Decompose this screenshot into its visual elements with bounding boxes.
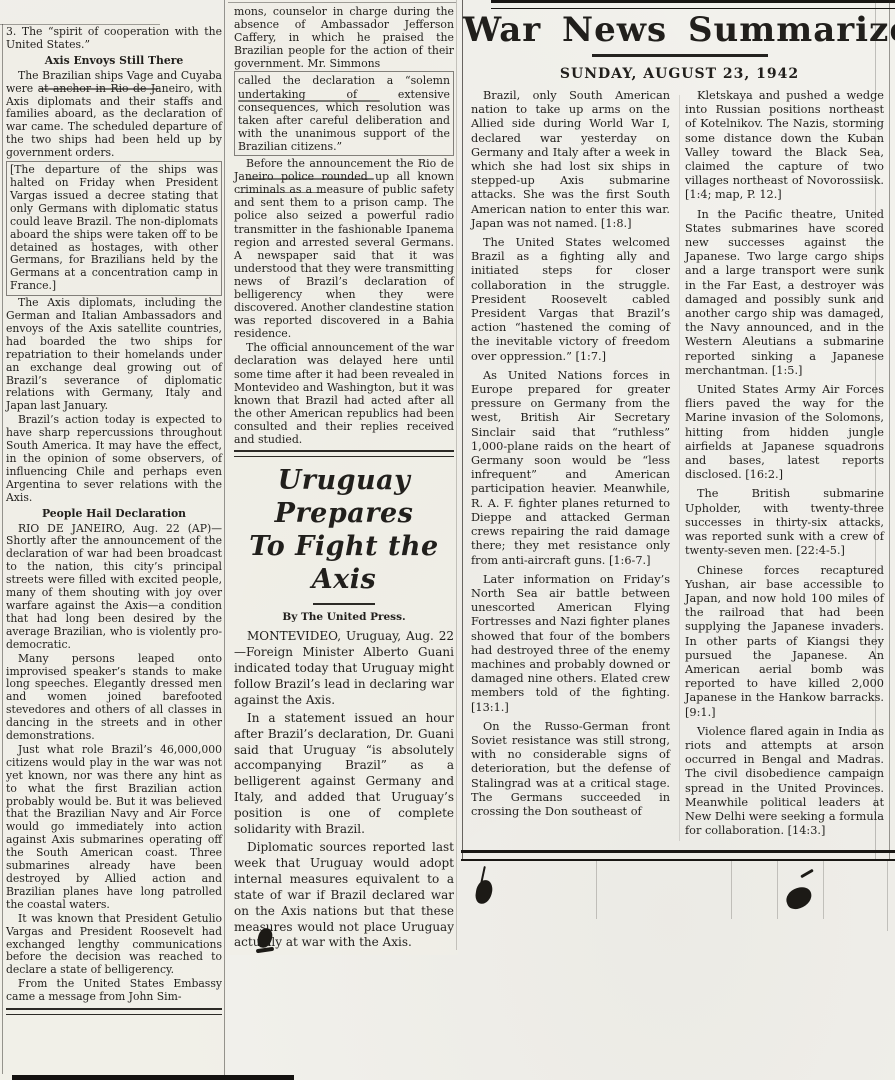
summary-paragraph: The British submarine Upholder, with twe… [685, 487, 884, 558]
summary-paragraph: Chinese forces recaptured Yushan, air ba… [685, 564, 884, 720]
pencil-mark [238, 192, 326, 193]
summary-paragraph: Later information on Friday’s North Sea … [471, 573, 670, 715]
pencil-mark [238, 100, 380, 102]
article-paragraph-boxed: [The departure of the ships was halted o… [6, 161, 222, 296]
middle-column: mons, counselor in charge during the abs… [234, 5, 454, 953]
summary-paragraph: Kletskaya and pushed a wedge into Russia… [685, 89, 884, 203]
summary-paragraph: United States Army Air Forces fliers pav… [685, 383, 884, 482]
box-top-rule [491, 0, 895, 9]
pencil-mark [246, 178, 374, 180]
scan-line [731, 861, 732, 919]
article-paragraph-boxed: called the declaration a “solemn underta… [234, 71, 454, 156]
byline-rule [313, 603, 375, 605]
ink-blot [474, 879, 493, 905]
article-paragraph: Brazil’s action today is expected to hav… [6, 414, 222, 504]
article-paragraph: The official announcement of the war dec… [234, 341, 454, 446]
clipping-edge-line [456, 0, 457, 950]
column-gutter-rule [679, 95, 680, 841]
uruguay-headline-line1: Uruguay Prepares [234, 464, 454, 530]
summary-paragraph: Brazil, only South American nation to ta… [471, 89, 670, 231]
ink-blot [784, 884, 815, 911]
scan-line [596, 861, 597, 919]
uruguay-headline-line2: To Fight the Axis [234, 530, 454, 596]
newspaper-page: 3. The “spirit of cooperation with the U… [0, 0, 895, 1080]
scan-line [887, 861, 888, 931]
box-bottom-rule [461, 850, 895, 861]
war-news-summary-box: War News Summarized SUNDAY, AUGUST 23, 1… [462, 0, 895, 861]
summary-paragraph: In the Pacific theatre, United States su… [685, 208, 884, 378]
article-paragraph: 3. The “spirit of cooperation with the U… [6, 26, 222, 52]
double-rule [6, 1008, 222, 1015]
title-underline [592, 54, 768, 57]
summary-paragraph: The United States welcomed Brazil as a f… [471, 236, 670, 364]
article-paragraph: Just what role Brazil’s 46,000,000 citiz… [6, 744, 222, 912]
scan-line [777, 861, 778, 919]
article-paragraph: In a statement issued an hour after Braz… [234, 711, 454, 838]
war-news-right-column: Kletskaya and pushed a wedge into Russia… [685, 89, 884, 843]
war-news-dateline: SUNDAY, AUGUST 23, 1942 [463, 66, 895, 82]
ink-blot [800, 869, 814, 879]
article-paragraph: MONTEVIDEO, Uruguay, Aug. 22—Foreign Min… [234, 629, 454, 709]
war-news-title: War News Summarized [463, 10, 895, 50]
article-paragraph: The Axis diplomats, including the German… [6, 297, 222, 413]
uruguay-article-body: MONTEVIDEO, Uruguay, Aug. 22—Foreign Min… [234, 629, 454, 951]
pencil-mark [40, 88, 158, 90]
clipping-edge-line [0, 24, 160, 25]
clipping-edge-bar [12, 1075, 294, 1080]
box-right-rule-inner [875, 0, 876, 861]
box-right-rule-outer [889, 0, 890, 861]
summary-paragraph: As United Nations forces in Europe prepa… [471, 369, 670, 568]
column-separator-line [224, 0, 225, 1080]
clipping-edge-line [2, 24, 3, 1074]
article-paragraph: RIO DE JANEIRO, Aug. 22 (AP)—Shortly aft… [6, 523, 222, 652]
article-paragraph: From the United States Embassy came a me… [6, 978, 222, 1004]
double-rule [234, 450, 454, 457]
left-column: 3. The “spirit of cooperation with the U… [6, 26, 222, 1019]
article-paragraph: mons, counselor in charge during the abs… [234, 5, 454, 70]
subhead-people-hail: People Hail Declaration [6, 508, 222, 521]
scan-line [823, 861, 824, 919]
clipping-edge-line [228, 2, 456, 3]
article-paragraph: Many persons leaped onto improvised spea… [6, 653, 222, 743]
war-news-left-column: Brazil, only South American nation to ta… [471, 89, 670, 843]
summary-paragraph: Violence flared again in India as riots … [685, 725, 884, 839]
summary-paragraph: On the Russo-German front Soviet resista… [471, 720, 670, 819]
article-paragraph: The Brazilian ships Vage and Cuyaba were… [6, 70, 222, 160]
byline: By The United Press. [234, 611, 454, 624]
subhead-axis-envoys: Axis Envoys Still There [6, 55, 222, 68]
article-paragraph: Before the announcement the Rio de Janei… [234, 157, 454, 340]
article-paragraph: It was known that President Getulio Varg… [6, 913, 222, 978]
